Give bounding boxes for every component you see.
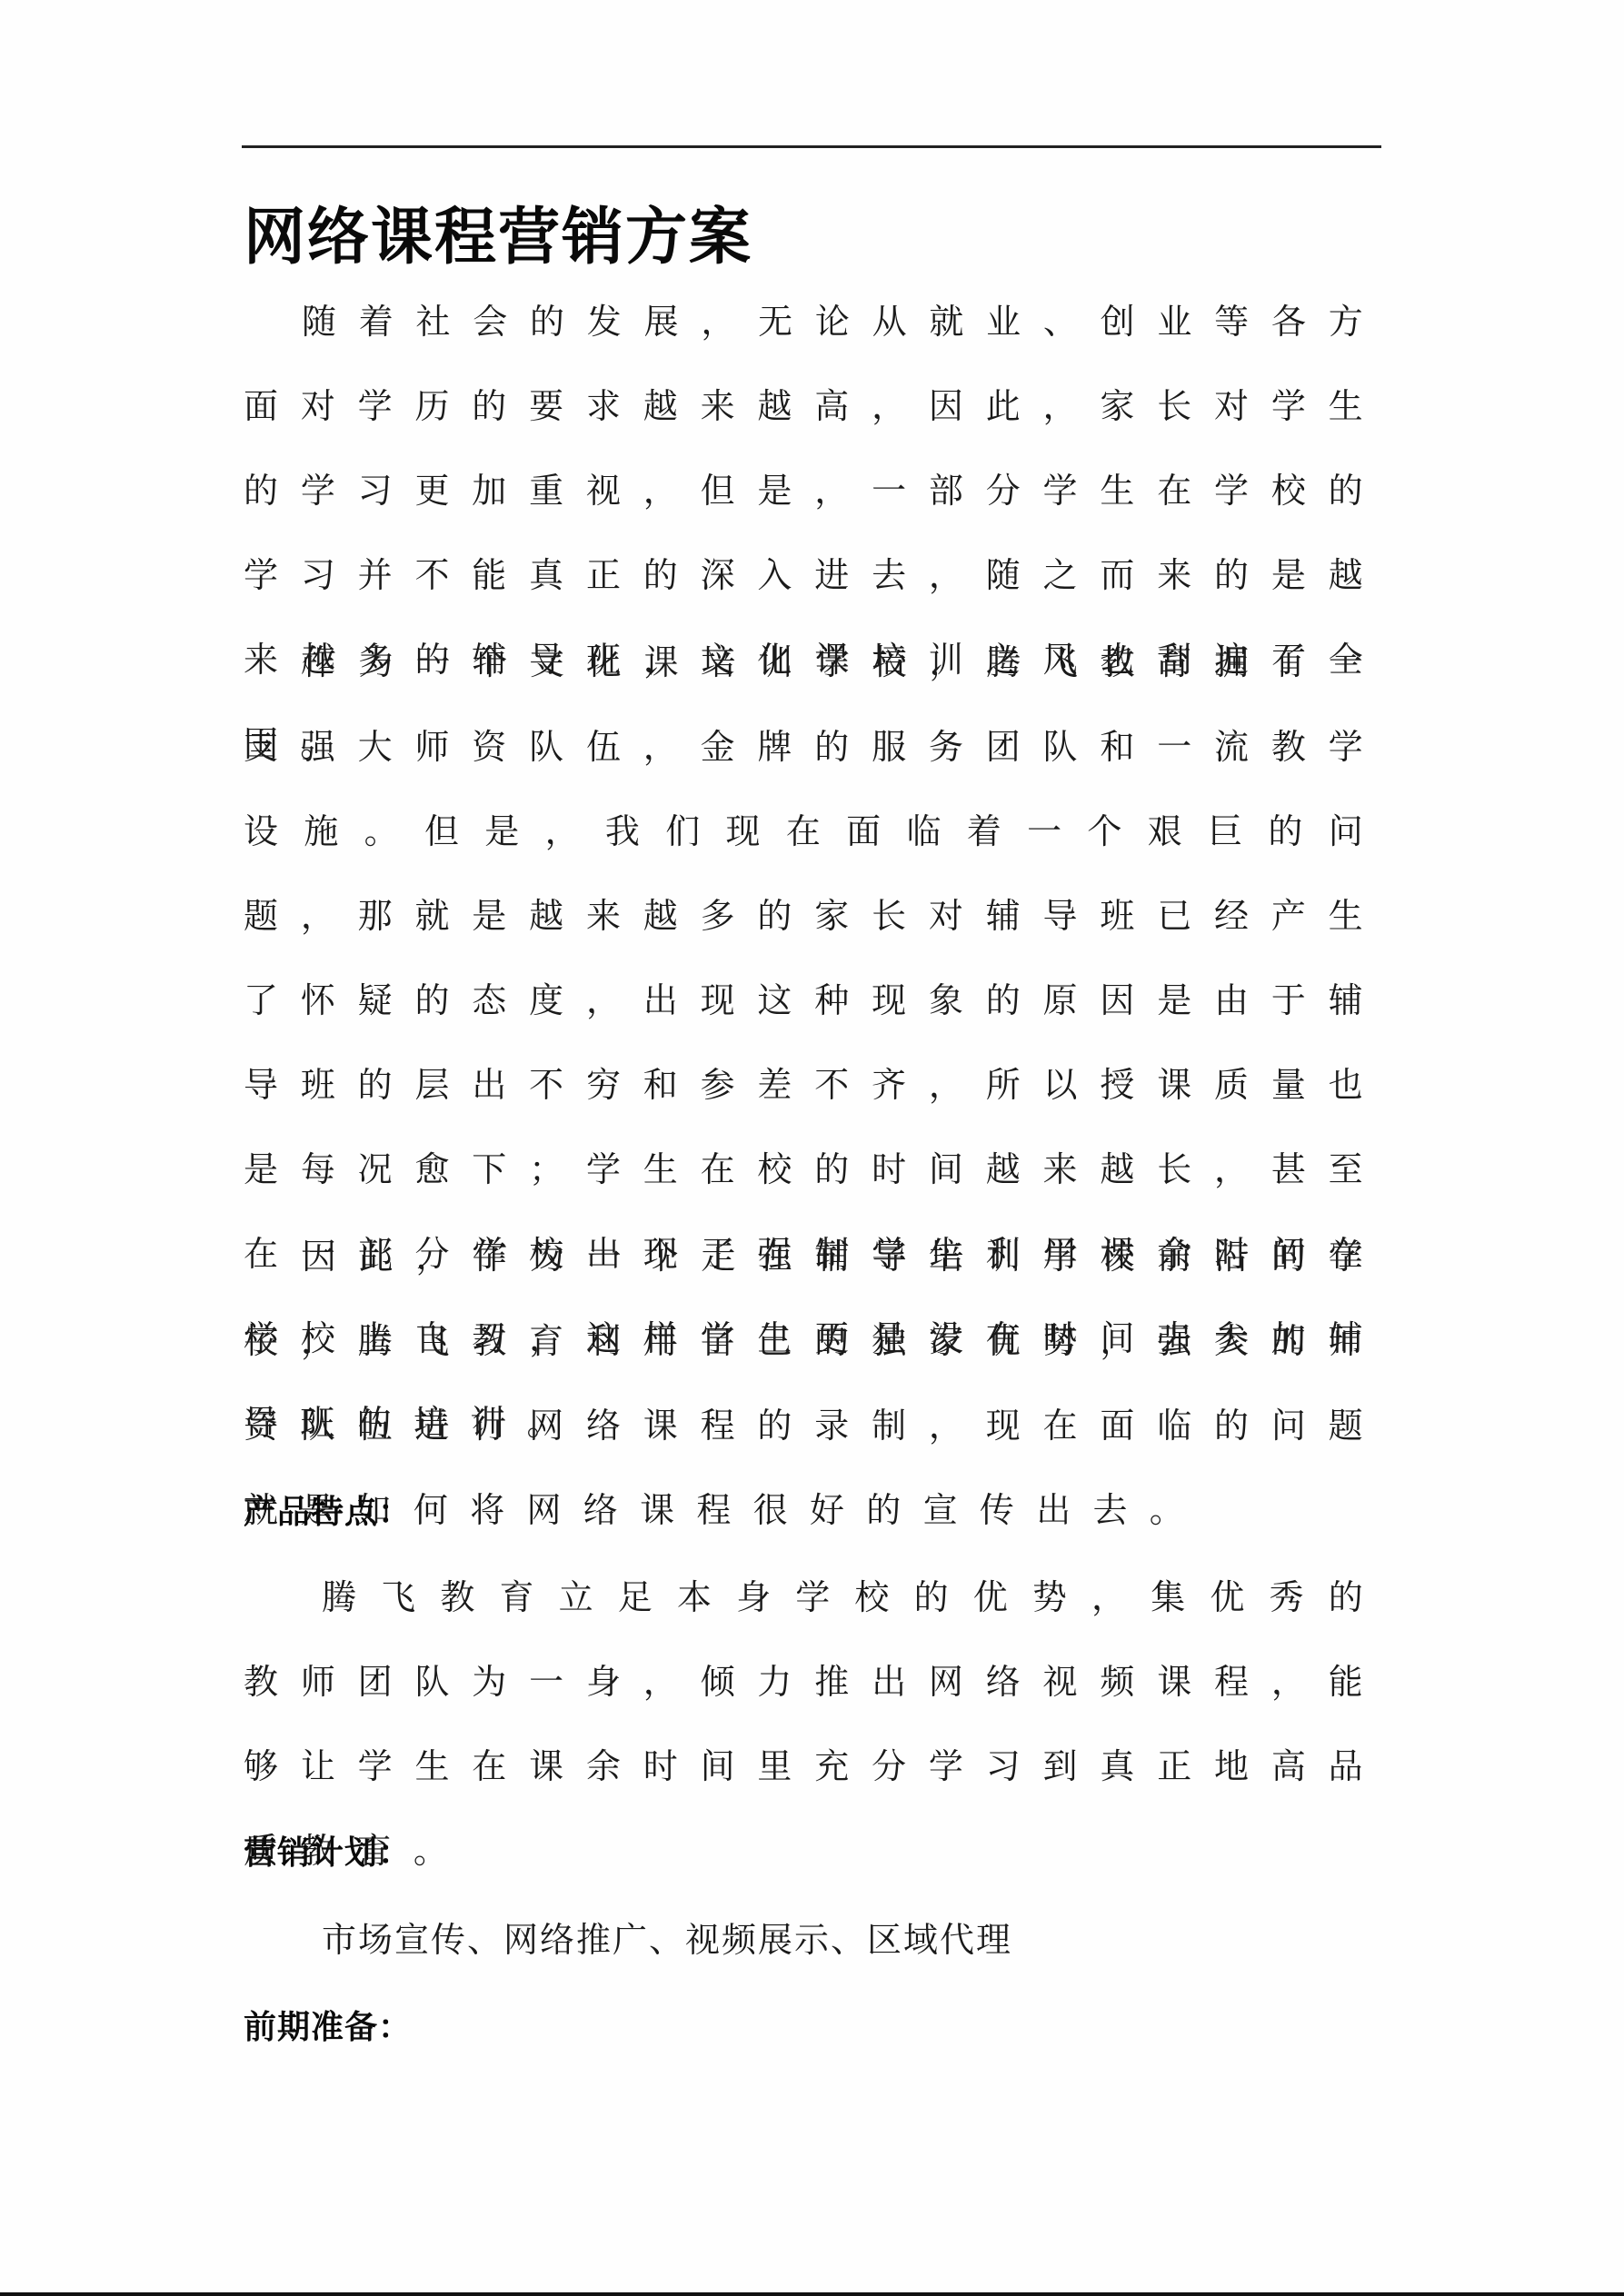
page-bottom-edge	[0, 2292, 1624, 2296]
header-rule	[242, 145, 1381, 148]
section-heading-marketing-plan: 营销计划：	[244, 1826, 412, 1881]
section-heading-product-features: 产品特点：	[244, 1486, 412, 1540]
section-heading-preparation: 前期准备：	[244, 2001, 412, 2055]
document-title: 网络课程营销方案	[244, 198, 752, 278]
document-page: 网络课程营销方案 随着社会的发展，无论从就业、创业等各方面对学历的要求越来越高，…	[0, 0, 1624, 2296]
intro-paragraph-3: 因此，作为一个走在辅导培训学校前沿的学校，腾飞教育利用自己的独家优势，强大的师资…	[244, 1215, 1385, 1553]
product-features-paragraph: 腾飞教育立足本身学校的优势，集优秀的教师团队为一身，倾力推出网络视频课程，能够让…	[244, 1556, 1385, 1893]
marketing-plan-paragraph: 市场宣传、网络推广、视频展示、区域代理	[244, 1898, 1385, 1983]
